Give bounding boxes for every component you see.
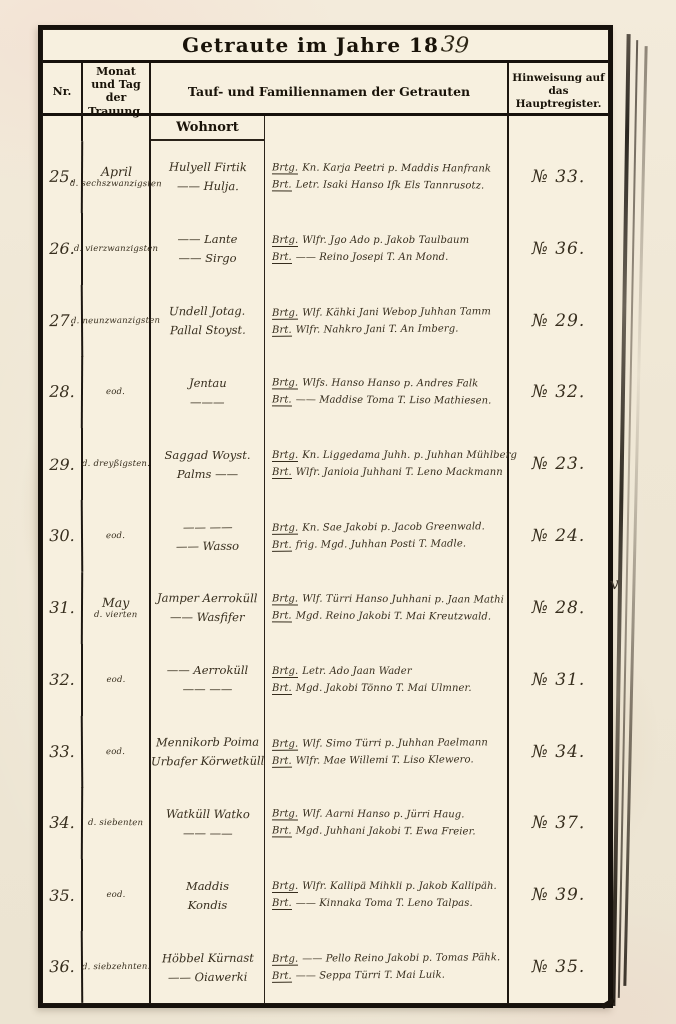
groom-line: Brtg.Wlfs. Hanso Hanso p. Andres Falk (272, 378, 507, 390)
groom-prefix: Brtg. (272, 593, 298, 605)
groom-line: Brtg.Letr. Ado Jaan Wader (272, 666, 507, 677)
page-title: Getraute im Jahre 18 39 (43, 30, 608, 63)
bride-prefix: Brt. (272, 971, 292, 983)
groom-text: —— Pello Reino Jakobi p. Tomas Pähk. (302, 952, 500, 964)
groom-prefix: Brtg. (272, 378, 298, 390)
groom-text: Wlf. Türri Hanso Juhhani p. Jaan Mathi (302, 593, 504, 605)
bride-line: Brt.—— Seppa Türri T. Mai Luik. (272, 969, 507, 982)
row-wohnort: Jentau ——— (151, 356, 265, 428)
row-date: eod. (83, 644, 151, 716)
wohnort-line-1: Saggad Woyst. (165, 448, 251, 462)
wohnort-line-2: —— —— (183, 682, 233, 696)
bride-prefix: Brt. (272, 467, 292, 479)
row-register-ref: № 35. (509, 931, 608, 1004)
bride-text: Mgd. Juhhani Jakobi T. Ewa Freier. (296, 826, 476, 838)
wohnort-line-2: —— Wasfifer (170, 610, 245, 624)
table-row: 35. eod. Maddis Kondis Brtg.Wlfr. Kallip… (43, 859, 608, 931)
groom-prefix: Brtg. (272, 809, 298, 821)
wohnort-line-2: Palms —— (177, 467, 238, 481)
groom-prefix: Brtg. (272, 954, 298, 966)
bride-line: Brt.Letr. Isaki Hanso Ifk Els Tannrusotz… (272, 179, 507, 191)
wohnort-line-1: Watküll Watko (166, 807, 250, 821)
row-names: Brtg.—— Pello Reino Jakobi p. Tomas Pähk… (265, 931, 509, 1003)
table-row: 33. eod. Mennikorb Poima Urbafer Körwetk… (43, 716, 608, 788)
row-month: April (100, 164, 131, 179)
row-number: 36. (43, 931, 84, 1003)
wohnort-line-1: Hulyell Firtik (169, 160, 247, 174)
bride-line: Brt.frig. Mgd. Juhhan Posti T. Madle. (272, 538, 507, 551)
bride-prefix: Brt. (272, 252, 292, 264)
wohnort-line-2: —— Sirgo (179, 251, 237, 265)
bride-text: Mgd. Jakobi Tönno T. Mai Ulmner. (296, 683, 472, 694)
bride-line: Brt.Mgd. Reino Jakobi T. Mai Kreutzwald. (272, 610, 507, 622)
bride-text: —— Reino Josepi T. An Mond. (296, 252, 449, 263)
row-date: April d. sechszwanzigsten (83, 141, 151, 213)
groom-prefix: Brtg. (272, 162, 298, 174)
groom-prefix: Brtg. (272, 881, 298, 893)
row-wohnort: Höbbel Kürnast —— Oiawerki (151, 931, 265, 1003)
row-date: d. siebzehnten. (83, 931, 151, 1003)
groom-line: Brtg.—— Pello Reino Jakobi p. Tomas Pähk… (272, 952, 507, 965)
row-day: d. dreyßigsten. (82, 459, 150, 469)
row-month: May (102, 595, 129, 610)
row-register-ref: № 32. (509, 356, 608, 428)
bride-text: frig. Mgd. Juhhan Posti T. Madle. (296, 539, 466, 551)
bride-prefix: Brt. (272, 395, 292, 407)
bride-line: Brt.Wlfr. Mae Willemi T. Liso Klewero. (272, 754, 507, 767)
row-date: May d. vierten (83, 572, 151, 644)
bride-prefix: Brt. (272, 683, 292, 695)
groom-text: Wlfs. Hanso Hanso p. Andres Falk (302, 378, 478, 390)
title-year-handwritten: 39 (440, 32, 470, 59)
row-day: eod. (106, 890, 125, 900)
bride-text: —— Seppa Türri T. Mai Luik. (296, 970, 445, 982)
table-inner-border: Getraute im Jahre 18 39 Nr. Monat und Ta… (42, 29, 609, 1004)
strip-date (83, 116, 151, 141)
groom-prefix: Brtg. (272, 666, 298, 678)
row-wohnort: Maddis Kondis (151, 859, 265, 931)
strip-nr (43, 116, 83, 141)
groom-line: Brtg.Wlf. Türri Hanso Juhhani p. Jaan Ma… (272, 593, 507, 605)
row-day: eod. (106, 387, 125, 397)
bride-prefix: Brt. (272, 826, 292, 838)
groom-prefix: Brtg. (272, 307, 298, 319)
table-header: Nr. Monat und Tag der Trauung. Tauf- und… (43, 63, 608, 116)
header-names: Tauf- und Familiennamen der Getrauten (151, 63, 509, 120)
wohnort-line-1: Jentau (189, 376, 227, 390)
row-wohnort: Jamper Aerroküll —— Wasfifer (151, 572, 265, 644)
groom-text: Letr. Ado Jaan Wader (302, 666, 411, 677)
wohnort-line-2: Pallal Stoyst. (170, 323, 246, 338)
bride-prefix: Brt. (272, 755, 292, 767)
row-day: d. vierzwanzigsten (74, 244, 158, 254)
groom-line: Brtg.Wlf. Kähki Jani Webop Juhhan Tamm (272, 306, 507, 319)
wohnort-line-1: Mennikorb Poima (156, 735, 259, 750)
wohnort-line-2: Urbafer Körwetküll (151, 754, 264, 769)
row-names: Brtg.Wlf. Simo Türri p. Juhhan Paelmann … (265, 716, 509, 788)
row-number: 30. (43, 500, 84, 572)
row-wohnort: —— —— —— Wasso (151, 500, 265, 572)
wohnort-line-2: —— Wasso (176, 538, 239, 552)
row-register-ref: № 24. (509, 500, 608, 573)
groom-text: Wlf. Aarni Hanso p. Jürri Haug. (302, 809, 464, 821)
wohnort-line-1: —— Aerroküll (167, 663, 248, 677)
bride-text: Wlfr. Nahkro Jani T. An Imberg. (296, 323, 459, 335)
wohnort-line-2: —— Hulja. (177, 179, 239, 193)
row-wohnort: Undell Jotag. Pallal Stoyst. (151, 285, 265, 357)
row-wohnort: Mennikorb Poima Urbafer Körwetküll (151, 716, 265, 788)
row-names: Brtg.Wlfr. Jgo Ado p. Jakob Taulbaum Brt… (265, 213, 509, 285)
row-day: eod. (106, 746, 125, 756)
row-number: 29. (43, 428, 83, 500)
row-register-ref: № 31. (509, 644, 608, 716)
row-number: 31. (43, 572, 83, 644)
bride-line: Brt.—— Reino Josepi T. An Mond. (272, 252, 507, 263)
bride-line: Brt.Wlfr. Janioia Juhhani T. Leno Mackma… (272, 467, 507, 478)
table-row: 31. May d. vierten Jamper Aerroküll —— W… (43, 572, 608, 644)
groom-line: Brtg.Wlf. Simo Türri p. Juhhan Paelmann (272, 737, 507, 750)
row-names: Brtg.Wlf. Kähki Jani Webop Juhhan Tamm B… (265, 285, 509, 357)
groom-line: Brtg.Kn. Karja Peetri p. Maddis Hanfrank (272, 162, 507, 174)
row-day: d. siebzehnten. (82, 962, 151, 972)
strip-ref (509, 116, 608, 141)
row-register-ref: № 33. (509, 141, 608, 213)
groom-line: Brtg.Kn. Liggedama Juhh. p. Juhhan Mühlb… (272, 450, 507, 461)
bride-prefix: Brt. (272, 324, 292, 336)
row-wohnort: —— Aerroküll —— —— (151, 644, 265, 716)
groom-text: Wlfr. Jgo Ado p. Jakob Taulbaum (302, 235, 469, 246)
row-number: 32. (43, 644, 83, 716)
table-row: 28. eod. Jentau ——— Brtg.Wlfs. Hanso Han… (43, 356, 608, 428)
row-names: Brtg.Wlf. Aarni Hanso p. Jürri Haug. Brt… (265, 787, 509, 859)
row-number: 33. (43, 715, 84, 787)
header-ref: Hinweisung auf das Hauptregister. (509, 63, 608, 120)
header-nr: Nr. (43, 63, 83, 120)
bride-prefix: Brt. (272, 179, 292, 191)
row-number: 25. (43, 141, 83, 213)
row-register-ref: № 28. (509, 572, 608, 644)
bride-line: Brt.—— Maddise Toma T. Liso Mathiesen. (272, 395, 507, 407)
row-register-ref: № 39. (509, 859, 608, 931)
groom-text: Wlf. Simo Türri p. Juhhan Paelmann (302, 737, 488, 749)
row-wohnort: Watküll Watko —— —— (151, 787, 265, 859)
table-row: 34. d. siebenten Watküll Watko —— —— Brt… (43, 787, 608, 859)
groom-line: Brtg.Wlfr. Kallipä Mihkli p. Jakob Kalli… (272, 881, 507, 892)
row-number: 28. (43, 356, 83, 428)
row-date: d. vierzwanzigsten (83, 213, 151, 285)
wohnort-line-2: —— Oiawerki (168, 969, 248, 984)
subheader-wohnort: Wohnort (151, 116, 265, 141)
table-row: 32. eod. —— Aerroküll —— —— Brtg.Letr. A… (43, 644, 608, 716)
row-day: d. siebenten (88, 818, 143, 828)
bride-text: —— Maddise Toma T. Liso Mathiesen. (296, 395, 492, 407)
margin-check-mark: v (609, 573, 621, 593)
row-date: eod. (83, 859, 151, 931)
bride-line: Brt.—— Kinnaka Toma T. Leno Talpas. (272, 898, 507, 909)
groom-line: Brtg.Wlfr. Jgo Ado p. Jakob Taulbaum (272, 235, 507, 246)
row-register-ref: № 29. (509, 284, 608, 357)
row-names: Brtg.Wlfr. Kallipä Mihkli p. Jakob Kalli… (265, 859, 509, 931)
table-body-wrap: Wohnort 25. April d. sechszwanzigsten Hu… (43, 116, 608, 1003)
row-names: Brtg.Wlfs. Hanso Hanso p. Andres Falk Br… (265, 356, 509, 428)
row-names: Brtg.Kn. Karja Peetri p. Maddis Hanfrank… (265, 141, 509, 213)
groom-prefix: Brtg. (272, 738, 298, 750)
groom-prefix: Brtg. (272, 235, 298, 247)
row-wohnort: Saggad Woyst. Palms —— (151, 428, 265, 500)
header-date: Monat und Tag der Trauung. (83, 63, 151, 120)
row-register-ref: № 36. (509, 213, 608, 285)
row-names: Brtg.Letr. Ado Jaan Wader Brt.Mgd. Jakob… (265, 644, 509, 716)
row-register-ref: № 37. (509, 787, 608, 859)
row-date: d. dreyßigsten. (83, 428, 151, 500)
marriage-register-table: Getraute im Jahre 18 39 Nr. Monat und Ta… (38, 25, 613, 1008)
table-row: 27. d. neunzwanzigsten Undell Jotag. Pal… (43, 285, 608, 357)
row-day: d. vierten (94, 610, 137, 620)
row-register-ref: № 23. (509, 428, 608, 500)
bride-text: Wlfr. Mae Willemi T. Liso Klewero. (296, 754, 474, 766)
wohnort-header-strip: Wohnort (43, 116, 608, 141)
row-names: Brtg.Kn. Sae Jakobi p. Jacob Greenwald. … (265, 500, 509, 572)
table-body: 25. April d. sechszwanzigsten Hulyell Fi… (43, 141, 608, 1003)
table-row: 26. d. vierzwanzigsten —— Lante —— Sirgo… (43, 213, 608, 285)
row-wohnort: Hulyell Firtik —— Hulja. (151, 141, 265, 213)
table-row: 36. d. siebzehnten. Höbbel Kürnast —— Oi… (43, 931, 608, 1003)
groom-text: Kn. Sae Jakobi p. Jacob Greenwald. (302, 521, 485, 533)
row-date: d. siebenten (83, 787, 151, 859)
row-register-ref: № 34. (509, 715, 608, 788)
row-date: eod. (83, 500, 151, 572)
row-number: 34. (43, 787, 83, 859)
row-date: eod. (83, 716, 151, 788)
wohnort-line-1: Undell Jotag. (169, 304, 245, 319)
wohnort-line-1: —— Lante (178, 232, 238, 246)
row-date: d. neunzwanzigsten (83, 285, 151, 357)
row-names: Brtg.Wlf. Türri Hanso Juhhani p. Jaan Ma… (265, 572, 509, 644)
bride-text: Mgd. Reino Jakobi T. Mai Kreutzwald. (296, 610, 492, 622)
row-day: eod. (106, 675, 125, 685)
wohnort-line-1: Maddis (186, 879, 229, 893)
table-row: 25. April d. sechszwanzigsten Hulyell Fi… (43, 141, 608, 213)
bride-prefix: Brt. (272, 540, 292, 552)
wohnort-line-1: —— —— (183, 519, 233, 533)
row-wohnort: —— Lante —— Sirgo (151, 213, 265, 285)
register-page-scan: Getraute im Jahre 18 39 Nr. Monat und Ta… (0, 0, 676, 1024)
groom-prefix: Brtg. (272, 523, 298, 535)
wohnort-line-1: Jamper Aerroküll (157, 591, 258, 606)
row-number: 35. (43, 859, 83, 931)
wohnort-line-2: —— —— (183, 826, 233, 840)
table-row: 30. eod. —— —— —— Wasso Brtg.Kn. Sae Jak… (43, 500, 608, 572)
bride-line: Brt.Wlfr. Nahkro Jani T. An Imberg. (272, 323, 507, 336)
bride-prefix: Brt. (272, 898, 292, 910)
row-names: Brtg.Kn. Liggedama Juhh. p. Juhhan Mühlb… (265, 428, 509, 500)
bride-line: Brt.Mgd. Jakobi Tönno T. Mai Ulmner. (272, 683, 507, 694)
row-date: eod. (83, 356, 151, 428)
row-day: eod. (106, 531, 125, 541)
groom-text: Kn. Liggedama Juhh. p. Juhhan Mühlberg (302, 450, 517, 461)
row-day: d. sechszwanzigsten (70, 179, 162, 189)
table-row: 29. d. dreyßigsten. Saggad Woyst. Palms … (43, 428, 608, 500)
groom-text: Kn. Karja Peetri p. Maddis Hanfrank (302, 162, 491, 174)
bride-text: —— Kinnaka Toma T. Leno Talpas. (296, 898, 473, 909)
strip-names (265, 116, 509, 141)
groom-text: Wlf. Kähki Jani Webop Juhhan Tamm (302, 306, 491, 318)
wohnort-line-2: ——— (190, 395, 225, 409)
bride-text: Wlfr. Janioia Juhhani T. Leno Mackmann (296, 467, 503, 478)
binding-edge-line (611, 34, 630, 1006)
row-day: d. neunzwanzigsten (71, 315, 160, 326)
groom-line: Brtg.Kn. Sae Jakobi p. Jacob Greenwald. (272, 521, 507, 534)
wohnort-line-1: Höbbel Kürnast (162, 950, 254, 965)
wohnort-line-2: Kondis (188, 898, 228, 912)
groom-prefix: Brtg. (272, 450, 298, 462)
title-printed-text: Getraute im Jahre 18 (182, 33, 439, 57)
bride-text: Letr. Isaki Hanso Ifk Els Tannrusotz. (296, 179, 485, 191)
groom-text: Wlfr. Kallipä Mihkli p. Jakob Kallipäh. (302, 881, 497, 892)
bride-prefix: Brt. (272, 610, 292, 622)
groom-line: Brtg.Wlf. Aarni Hanso p. Jürri Haug. (272, 809, 507, 821)
bride-line: Brt.Mgd. Juhhani Jakobi T. Ewa Freier. (272, 826, 507, 838)
